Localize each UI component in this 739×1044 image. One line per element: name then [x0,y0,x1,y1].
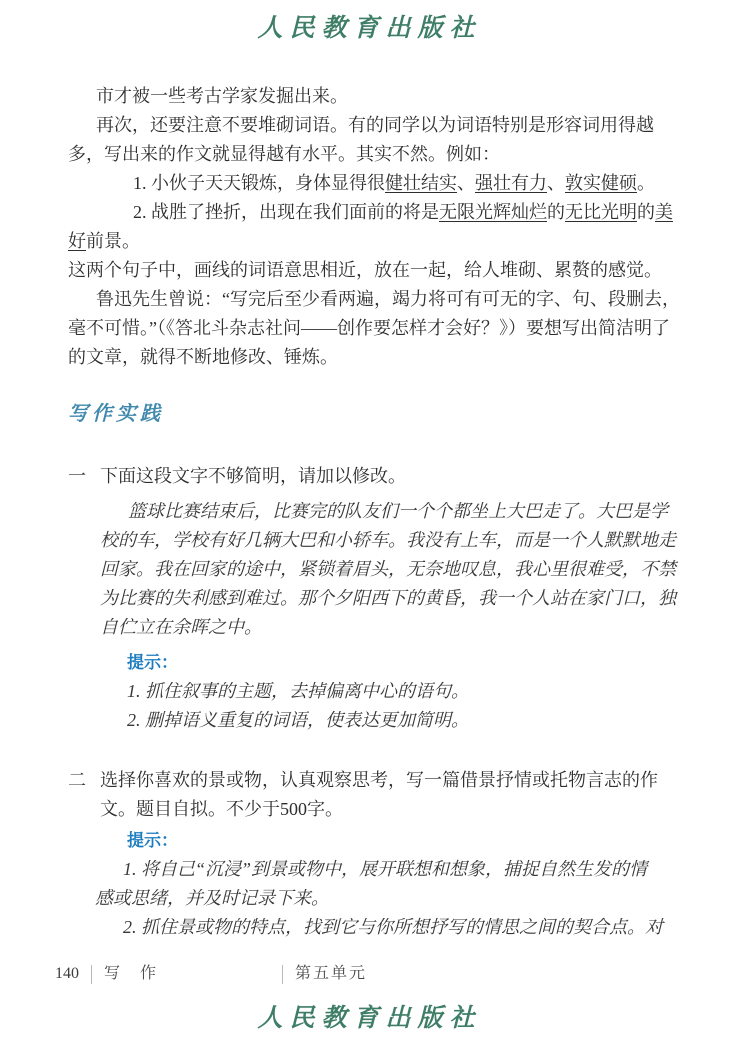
text-segment: 毫不可惜。”（《答北斗杂志社问——创作要怎样才会好？》）要想写出简洁明了 [68,318,670,338]
exercise-1-prompt: 下面这段文字不够简明，请加以修改。 [100,462,672,491]
exercise-2-prompt: 选择你喜欢的景或物，认真观察思考，写一篇借景抒情或托物言志的作文。题目自拟。不少… [100,766,672,824]
text-segment: 1. 抓住叙事的主题，去掉偏离中心的语句。 [127,681,469,701]
footer-unit-label: 第五单元 [295,964,367,984]
underlined-phrase: 健壮结实 [385,173,457,193]
text-segment: 2. 战胜了挫折，出现在我们面前的将是 [133,202,439,222]
text-line: 下面这段文字不够简明，请加以修改。 [100,462,672,491]
text-segment: 回家。我在回家的途中，紧锁着眉头，无奈地叹息，我心里很难受，不禁 [100,559,676,579]
textbook-page: 人民教育出版社 市才被一些考古学家发掘出来。再次，还要注意不要堆砌词语。有的同学… [0,0,739,1044]
text-line: 校的车，学校有好几辆大巴和小轿车。我没有上车，而是一个人默默地走 [100,526,672,555]
text-segment: 为比赛的失利感到难过。那个夕阳西下的黄昏，我一个人站在家门口，独 [100,588,676,608]
text-line: 这两个句子中，画线的词语意思相近，放在一起，给人堆砌、累赘的感觉。 [68,256,672,285]
exercise-1-hint: 提示： 1. 抓住叙事的主题，去掉偏离中心的语句。2. 删掉语义重复的词语，使表… [127,648,672,735]
hint-label: 提示： [127,648,672,677]
publisher-logo-bottom: 人民教育出版社 [0,1002,739,1036]
text-line: 自伫立在余晖之中。 [100,613,672,642]
text-segment: 2. 抓住景或物的特点，找到它与你所想抒写的情思之间的契合点。对 [123,917,663,937]
text-line: 的文章，就得不断地修改、锤炼。 [68,343,672,372]
underlined-phrase: 美 [655,202,673,222]
text-line: 1. 将自己“沉浸”到景或物中，展开联想和想象，捕捉自然生发的情 [95,855,672,884]
exercise-1: 一 下面这段文字不够简明，请加以修改。 篮球比赛结束后，比赛完的队友们一个个都坐… [68,462,672,735]
text-line: 好前景。 [68,227,672,256]
underlined-phrase: 好 [68,231,86,251]
text-line: 再次，还要注意不要堆砌词语。有的同学以为词语特别是形容词用得越 [68,111,672,140]
exercise-1-passage: 篮球比赛结束后，比赛完的队友们一个个都坐上大巴走了。大巴是学校的车，学校有好几辆… [100,497,672,642]
text-segment: 文。题目自拟。不少于500字。 [100,799,343,819]
text-segment: 、 [457,173,475,193]
text-segment: 1. 将自己“沉浸”到景或物中，展开联想和想象，捕捉自然生发的情 [123,859,647,879]
exercise-2-hint: 提示： 1. 将自己“沉浸”到景或物中，展开联想和想象，捕捉自然生发的情感或思绪… [127,826,672,942]
text-line: 多，写出来的作文就显得越有水平。其实不然。例如： [68,140,672,169]
text-segment: 这两个句子中，画线的词语意思相近，放在一起，给人堆砌、累赘的感觉。 [68,260,662,280]
text-line: 感或思绪，并及时记录下来。 [95,884,672,913]
text-line: 选择你喜欢的景或物，认真观察思考，写一篇借景抒情或托物言志的作 [100,766,672,795]
hint-label: 提示： [127,826,672,855]
text-line: 篮球比赛结束后，比赛完的队友们一个个都坐上大巴走了。大巴是学 [100,497,672,526]
underlined-phrase: 无比光明 [565,202,637,222]
text-segment: 1. 小伙子天天锻炼，身体显得很 [133,173,385,193]
intro-paragraphs: 市才被一些考古学家发掘出来。再次，还要注意不要堆砌词语。有的同学以为词语特别是形… [68,82,672,372]
text-segment: 篮球比赛结束后，比赛完的队友们一个个都坐上大巴走了。大巴是学 [128,501,668,521]
page-number: 140 [55,964,79,984]
footer-divider [91,965,92,984]
exercise-1-hint-items: 1. 抓住叙事的主题，去掉偏离中心的语句。2. 删掉语义重复的词语，使表达更加简… [127,677,672,735]
text-segment: 鲁迅先生曾说：“写完后至少看两遍，竭力将可有可无的字、句、段删去， [96,289,680,309]
page-footer: 140 写 作 第五单元 [0,964,739,984]
publisher-logo-top: 人民教育出版社 [0,12,739,46]
text-segment: 。 [637,173,655,193]
text-line: 1. 小伙子天天锻炼，身体显得很健壮结实、强壮有力、敦实健硕。 [68,169,672,198]
text-line: 2. 删掉语义重复的词语，使表达更加简明。 [127,706,672,735]
text-segment: 前景。 [86,231,140,251]
exercise-2-body: 选择你喜欢的景或物，认真观察思考，写一篇借景抒情或托物言志的作文。题目自拟。不少… [100,766,672,942]
underlined-phrase: 无限光辉灿烂 [439,202,547,222]
exercise-2: 二 选择你喜欢的景或物，认真观察思考，写一篇借景抒情或托物言志的作文。题目自拟。… [68,766,672,942]
text-segment: 的文章，就得不断地修改、锤炼。 [68,347,338,367]
text-segment: 的 [547,202,565,222]
text-segment: 2. 删掉语义重复的词语，使表达更加简明。 [127,710,469,730]
exercise-1-number: 一 [68,462,100,735]
text-segment: 、 [547,173,565,193]
section-heading: 写作实践 [68,400,672,429]
text-segment: 自伫立在余晖之中。 [100,617,262,637]
footer-divider [282,965,283,984]
text-segment: 选择你喜欢的景或物，认真观察思考，写一篇借景抒情或托物言志的作 [100,770,658,790]
text-segment: 下面这段文字不够简明，请加以修改。 [100,466,406,486]
text-line: 2. 战胜了挫折，出现在我们面前的将是无限光辉灿烂的无比光明的美 [68,198,672,227]
text-line: 为比赛的失利感到难过。那个夕阳西下的黄昏，我一个人站在家门口，独 [100,584,672,613]
text-segment: 多，写出来的作文就显得越有水平。其实不然。例如： [68,144,500,164]
text-segment: 感或思绪，并及时记录下来。 [95,888,329,908]
text-segment: 校的车，学校有好几辆大巴和小轿车。我没有上车，而是一个人默默地走 [100,530,676,550]
text-segment: 市才被一些考古学家发掘出来。 [96,86,348,106]
page-content: 市才被一些考古学家发掘出来。再次，还要注意不要堆砌词语。有的同学以为词语特别是形… [68,82,672,942]
text-line: 文。题目自拟。不少于500字。 [100,795,672,824]
text-line: 鲁迅先生曾说：“写完后至少看两遍，竭力将可有可无的字、句、段删去， [68,285,672,314]
exercise-1-body: 下面这段文字不够简明，请加以修改。 篮球比赛结束后，比赛完的队友们一个个都坐上大… [100,462,672,735]
underlined-phrase: 敦实健硕 [565,173,637,193]
exercise-2-hint-items: 1. 将自己“沉浸”到景或物中，展开联想和想象，捕捉自然生发的情感或思绪，并及时… [95,855,672,942]
underlined-phrase: 强壮有力 [475,173,547,193]
text-line: 市才被一些考古学家发掘出来。 [68,82,672,111]
text-line: 2. 抓住景或物的特点，找到它与你所想抒写的情思之间的契合点。对 [95,913,672,942]
footer-section-label: 写 作 [104,964,164,984]
text-line: 毫不可惜。”（《答北斗杂志社问——创作要怎样才会好？》）要想写出简洁明了 [68,314,672,343]
text-segment: 的 [637,202,655,222]
text-line: 回家。我在回家的途中，紧锁着眉头，无奈地叹息，我心里很难受，不禁 [100,555,672,584]
text-line: 1. 抓住叙事的主题，去掉偏离中心的语句。 [127,677,672,706]
text-segment: 再次，还要注意不要堆砌词语。有的同学以为词语特别是形容词用得越 [96,115,654,135]
